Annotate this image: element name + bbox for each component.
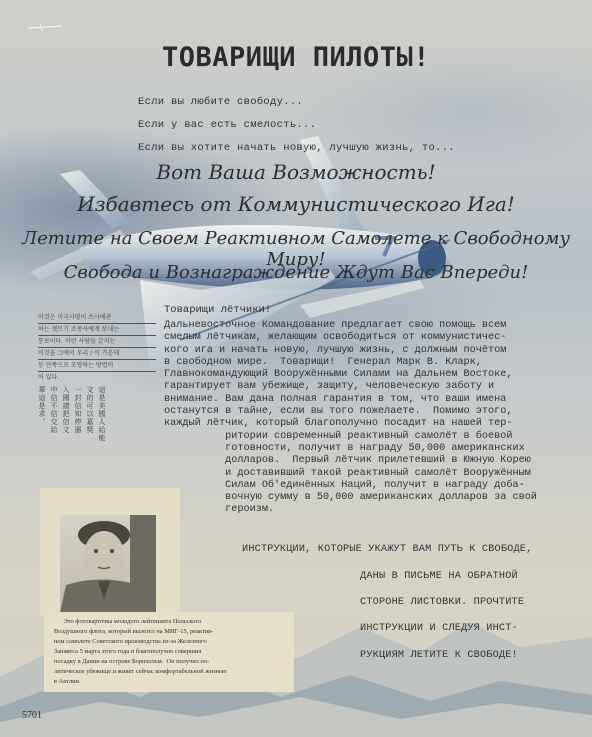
korean-line: 통보이다. 이런 사람들 같지는	[38, 336, 156, 348]
aircraft-mark-icon	[26, 22, 64, 32]
intro-line: Если вы любите свободу...	[138, 96, 303, 108]
chinese-column: 文的可以嘉獎	[85, 386, 94, 478]
chinese-column: 華這是求。	[37, 386, 46, 478]
slogan-line: Свобода и Вознаграждение Ждут Вас Вперед…	[0, 262, 592, 283]
chinese-column: 中信不信交給	[49, 386, 58, 478]
letter-body: Дальневосточное Командование предлагает …	[164, 320, 532, 517]
leaflet-title: ТОВАРИЩИ ПИЛОТЫ!	[0, 42, 592, 73]
slogan-line: Избавтесь от Коммунистического Ига!	[0, 192, 592, 216]
intro-line: Если вы хотите начать новую, лучшую жизн…	[138, 142, 455, 154]
leaflet-page: ТОВАРИЩИ ПИЛОТЫ! Если вы любите свободу.…	[0, 0, 592, 737]
pilot-portrait-icon	[60, 515, 156, 613]
chinese-column: 入國請把信文	[61, 386, 70, 478]
letter-heading: Товарищи лётчики!	[164, 304, 271, 316]
instructions-line: ИНСТРУКЦИИ, КОТОРЫЕ УКАЖУТ ВАМ ПУТЬ К СВ…	[242, 544, 532, 555]
photo-caption: Это фотокарточка молодого лейтенанта Пол…	[54, 617, 294, 687]
instructions-line: СТОРОНЕ ЛИСТОВКИ. ПРОЧТИТЕ	[360, 597, 524, 608]
chinese-text-block: 這是美國人給能 文的可以嘉獎 一封信知停器 入國請把信文 中信不信交給 華這是求…	[36, 386, 106, 478]
korean-line: 어 있다.	[38, 372, 156, 383]
chinese-column: 這是美國人給能	[97, 386, 106, 478]
pilot-portrait-photo	[60, 515, 156, 613]
intro-line: Если у вас есть смелость...	[138, 119, 316, 131]
korean-line: 하는 젯트기 조종사에게 보내는	[38, 324, 156, 336]
leaflet-code: 5701	[22, 710, 42, 721]
korean-line: 이것은 미국사령이 쓰사에관	[38, 312, 156, 324]
instructions-line: РУКЦИЯМ ЛЕТИТЕ К СВОБОДЕ!	[360, 650, 518, 661]
korean-line: 등 안쪽으로 조망하는 방법이	[38, 360, 156, 372]
instructions-line: ДАНЫ В ПИСЬМЕ НА ОБРАТНОЙ	[360, 571, 518, 582]
slogan-line: Вот Ваша Возможность!	[0, 160, 592, 184]
korean-line: 이것을 그에서 우리 / 이 가운데	[38, 348, 156, 360]
instructions-line: ИНСТРУКЦИИ И СЛЕДУЯ ИНСТ-	[360, 623, 518, 634]
chinese-column: 一封信知停器	[73, 386, 82, 478]
korean-text-block: 이것은 미국사령이 쓰사에관 하는 젯트기 조종사에게 보내는 통보이다. 이런…	[38, 312, 156, 383]
